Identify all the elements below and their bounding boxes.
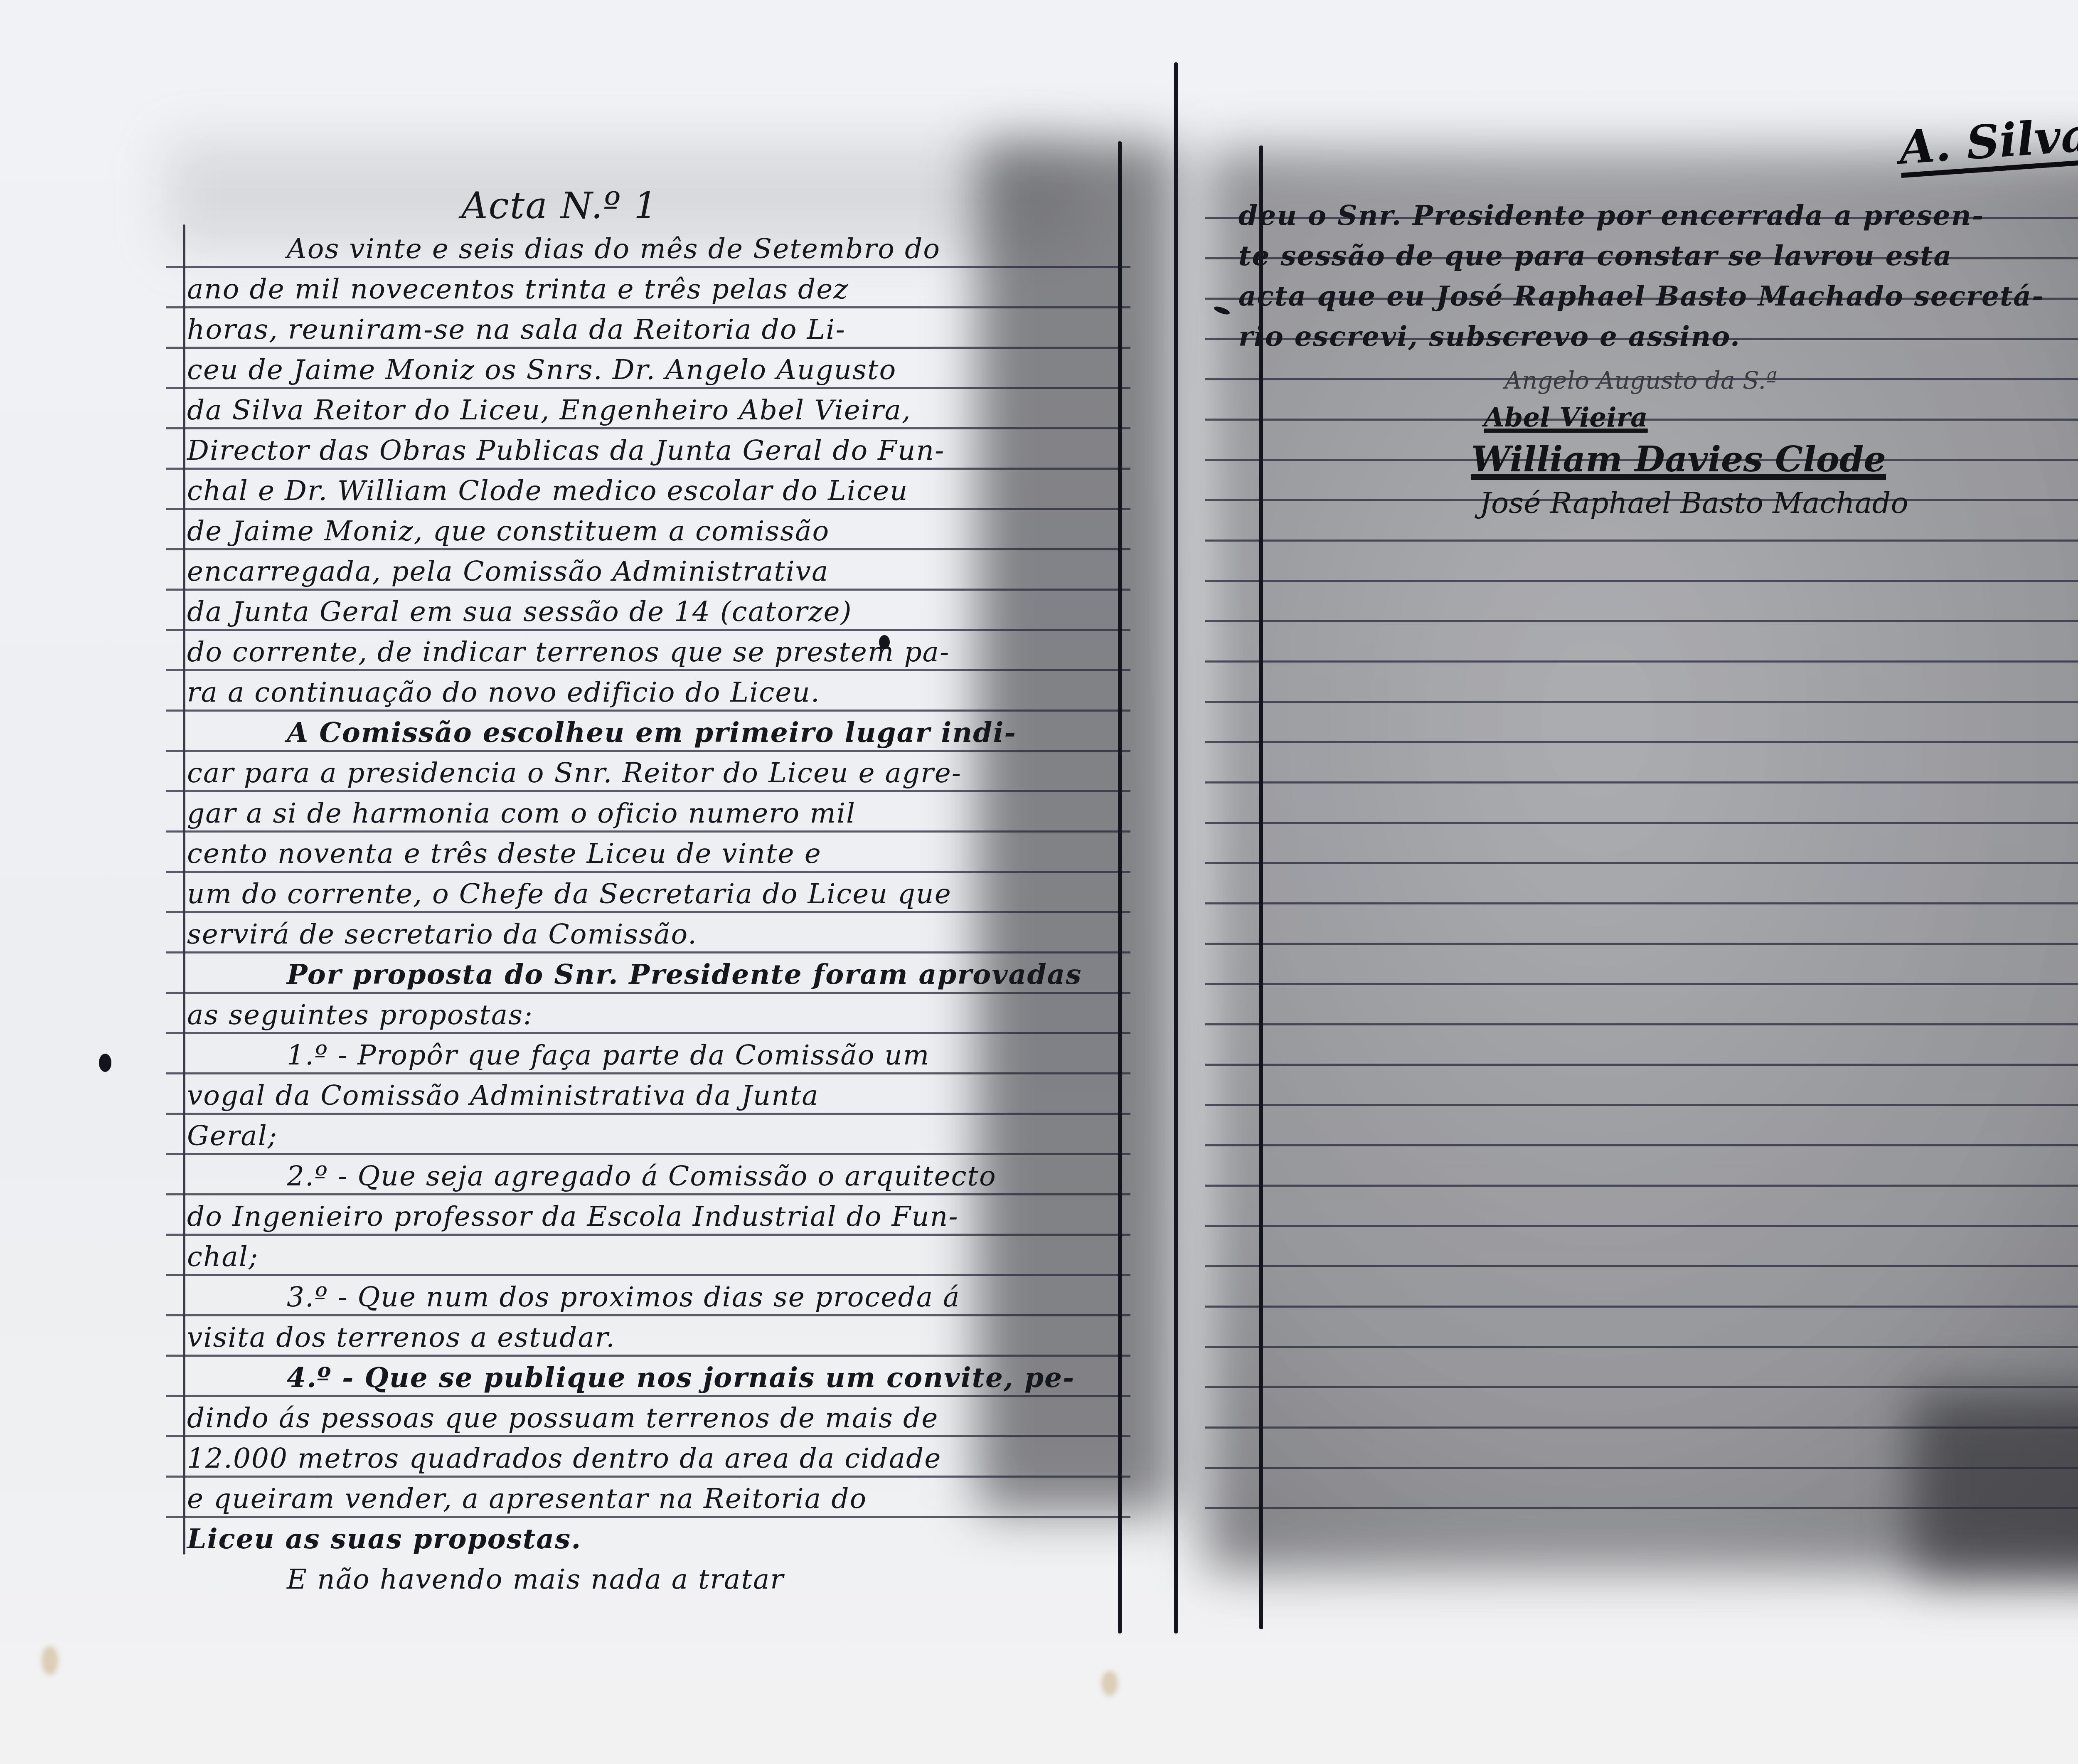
- corner-signature: A. Silva: [1898, 110, 2078, 178]
- text-line: 4.º - Que se publique nos jornais um con…: [187, 1357, 1126, 1398]
- text-line: 12.000 metros quadrados dentro da area d…: [187, 1438, 1126, 1478]
- text-line: visita dos terrenos a estudar.: [187, 1317, 1126, 1357]
- text-line: encarregada, pela Comissão Administrativ…: [187, 551, 1126, 591]
- text-line: e queiram vender, a apresentar na Reitor…: [187, 1478, 1126, 1519]
- spine-line: [1174, 62, 1178, 1633]
- document-sheet: A. Silva 2 Acta N.º 1 Aos vinte e seis d…: [0, 0, 2078, 1764]
- signature: Abel Vieira: [1471, 399, 2053, 436]
- signature: William Davies Clode: [1471, 436, 2053, 482]
- text-line: cento noventa e três deste Liceu de vint…: [187, 833, 1126, 874]
- page-title: Acta N.º 1: [187, 183, 1126, 229]
- text-line: Liceu as suas propostas.: [187, 1519, 1126, 1559]
- text-line: 2.º - Que seja agregado á Comissão o arq…: [187, 1156, 1126, 1196]
- text-line: ceu de Jaime Moniz os Snrs. Dr. Angelo A…: [187, 350, 1126, 390]
- signature-block: Angelo Augusto da S.ª Abel Vieira Willia…: [1471, 362, 2053, 524]
- text-line: te sessão de que para constar se lavrou …: [1238, 236, 2078, 276]
- text-line: dindo ás pessoas que possuam terrenos de…: [187, 1398, 1126, 1438]
- text-line: Geral;: [187, 1116, 1126, 1156]
- text-line: vogal da Comissão Administrativa da Junt…: [187, 1075, 1126, 1116]
- paper-stain: [1101, 1671, 1118, 1696]
- ink-blot: [879, 635, 890, 649]
- text-line: 3.º - Que num dos proximos dias se proce…: [187, 1277, 1126, 1317]
- text-line: deu o Snr. Presidente por encerrada a pr…: [1238, 195, 2078, 236]
- text-line: acta que eu José Raphael Basto Machado s…: [1238, 276, 2078, 316]
- text-line: do corrente, de indicar terrenos que se …: [187, 632, 1126, 672]
- text-line: car para a presidencia o Snr. Reitor do …: [187, 753, 1126, 793]
- text-line: ra a continuação do novo edificio do Lic…: [187, 672, 1126, 712]
- text-line: horas, reuniram-se na sala da Reitoria d…: [187, 309, 1126, 350]
- text-line: servirá de secretario da Comissão.: [187, 914, 1126, 954]
- text-line: Director das Obras Publicas da Junta Ger…: [187, 430, 1126, 471]
- text-line: chal;: [187, 1237, 1126, 1277]
- right-page: deu o Snr. Presidente por encerrada a pr…: [1238, 195, 2078, 357]
- signature: José Raphael Basto Machado: [1471, 482, 2053, 524]
- text-line: A Comissão escolheu em primeiro lugar in…: [187, 712, 1126, 753]
- text-line: rio escrevi, subscrevo e assino.: [1238, 316, 2078, 357]
- ink-blot: [99, 1054, 111, 1072]
- text-line: E não havendo mais nada a tratar: [187, 1559, 1126, 1599]
- right-page-margin-line: [1259, 145, 1263, 1629]
- text-line: gar a si de harmonia com o oficio numero…: [187, 793, 1126, 833]
- text-line: Aos vinte e seis dias do mês de Setembro…: [187, 229, 1126, 269]
- text-line: chal e Dr. William Clode medico escolar …: [187, 471, 1126, 511]
- signature: Angelo Augusto da S.ª: [1471, 362, 2053, 399]
- text-line: Por proposta do Snr. Presidente foram ap…: [187, 954, 1126, 995]
- text-line: da Silva Reitor do Liceu, Engenheiro Abe…: [187, 390, 1126, 430]
- text-line: do Ingenieiro professor da Escola Indust…: [187, 1196, 1126, 1237]
- text-line: ano de mil novecentos trinta e três pela…: [187, 269, 1126, 309]
- text-line: 1.º - Propôr que faça parte da Comissão …: [187, 1035, 1126, 1075]
- left-page-margin-line: [183, 224, 185, 1555]
- left-page: Acta N.º 1 Aos vinte e seis dias do mês …: [187, 183, 1126, 1599]
- paper-stain: [42, 1646, 58, 1675]
- text-line: da Junta Geral em sua sessão de 14 (cato…: [187, 591, 1126, 632]
- text-line: de Jaime Moniz, que constituem a comissã…: [187, 511, 1126, 551]
- text-line: um do corrente, o Chefe da Secretaria do…: [187, 874, 1126, 914]
- text-line: as seguintes propostas:: [187, 995, 1126, 1035]
